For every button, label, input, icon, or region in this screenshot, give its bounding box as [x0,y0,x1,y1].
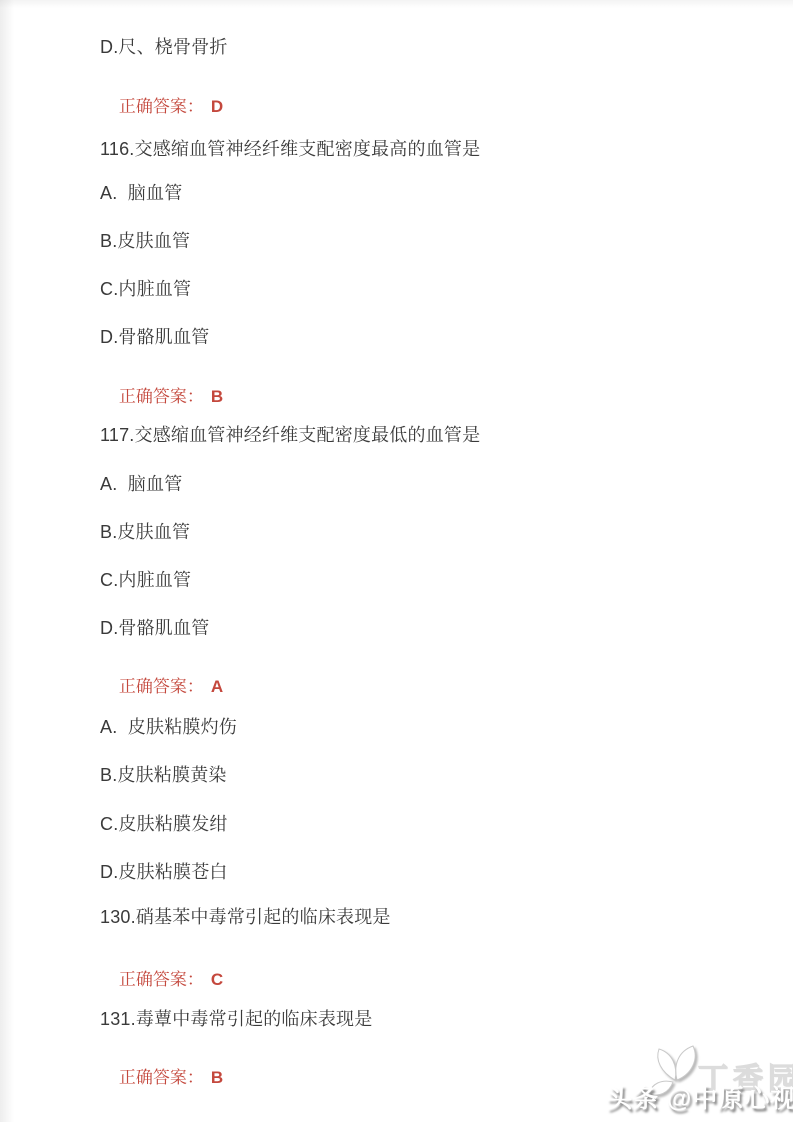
option-line: B.皮肤粘膜黄染 [100,764,227,786]
answer-label: 正确答案： [119,387,204,406]
toutiao-watermark-handle: 头条 @中原心视界 [607,1079,793,1115]
page-edge-shadow-top [0,0,793,8]
option-line: B.皮肤血管 [100,230,190,252]
answer-value: B [211,1068,223,1087]
option-line: C.内脏血管 [100,569,191,591]
answer-value: D [211,97,223,116]
answer-line: 正确答案：C [100,947,223,1013]
dxy-leaf-logo-icon [646,1044,708,1100]
option-line: A. 脑血管 [100,473,182,495]
question-line: 131.毒蕈中毒常引起的临床表现是 [100,1008,372,1030]
answer-label: 正确答案： [119,97,204,116]
option-line: C.皮肤粘膜发绀 [100,813,228,835]
answer-line: 正确答案：D [100,74,223,140]
option-line: D.尺、桡骨骨折 [100,36,228,58]
answer-label: 正确答案： [119,1068,204,1087]
document-page: D.尺、桡骨骨折 正确答案：D 116.交感缩血管神经纤维支配密度最高的血管是 … [0,0,793,1122]
question-line: 116.交感缩血管神经纤维支配密度最高的血管是 [100,138,480,160]
option-line: D.骨骼肌血管 [100,326,209,348]
option-line: B.皮肤血管 [100,521,190,543]
page-edge-shadow-left [0,0,14,1122]
answer-line: 正确答案：B [100,1045,223,1111]
option-line: A. 脑血管 [100,182,182,204]
answer-line: 正确答案：A [100,654,223,720]
option-line: A. 皮肤粘膜灼伤 [100,716,237,738]
option-line: D.皮肤粘膜苍白 [100,861,228,883]
question-line: 130.硝基苯中毒常引起的临床表现是 [100,906,391,928]
answer-label: 正确答案： [119,970,204,989]
answer-value: C [211,970,223,989]
option-line: C.内脏血管 [100,278,191,300]
option-line: D.骨骼肌血管 [100,617,209,639]
dxy-ghost-watermark: 丁香园 [698,1054,793,1098]
answer-line: 正确答案：B [100,364,223,430]
answer-value: A [211,677,223,696]
answer-label: 正确答案： [119,677,204,696]
question-line: 117.交感缩血管神经纤维支配密度最低的血管是 [100,424,480,446]
answer-value: B [211,387,223,406]
